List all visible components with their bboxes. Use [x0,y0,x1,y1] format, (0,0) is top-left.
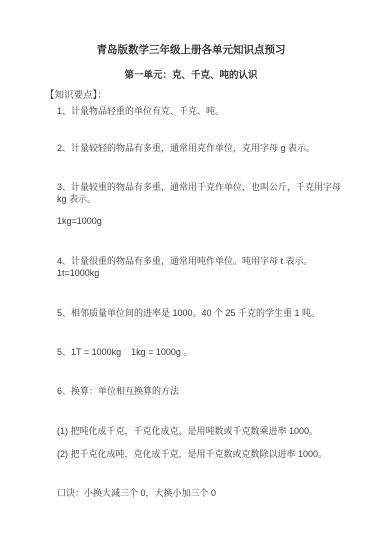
document-page: 青岛版数学三年级上册各单元知识点预习 第一单元：克、千克、吨的认识 【知识要点】… [0,0,382,540]
mnemonic-line: 口诀：小换大减三个 0，大换小加三个 0 [57,487,346,499]
formula-kg-g: 1kg=1000g [57,215,346,227]
conversion-rule-1: (1) 把吨化成千克，千克化成克，是用吨数或千克数乘进率 1000。 [57,425,346,437]
formula-ton-kg-g: 5、1T = 1000kg 1kg = 1000g 。 [57,346,346,358]
knowledge-point-4: 4、计量很重的物品有多重，通常用吨作单位。吨用字母 t 表示。1t=1000kg [57,255,346,279]
knowledge-point-3: 3、计量较重的物品有多重，通常用千克作单位，也叫公斤，千克用字母 kg 表示。 [57,181,346,205]
knowledge-point-6: 6、换算：单位相互换算的方法 [57,385,346,397]
section-heading: 【知识要点】： [45,90,352,102]
knowledge-point-5: 5、相邻质量单位间的进率是 1000。40 个 25 千克的学生重 1 吨。 [57,307,346,319]
doc-subtitle: 第一单元：克、千克、吨的认识 [20,70,362,82]
knowledge-point-1: 1、计量物品轻重的单位有克、千克、吨。 [57,105,346,117]
knowledge-point-2: 2、计量较轻的物品有多重，通常用克作单位，克用字母 g 表示。 [57,142,346,154]
doc-title: 青岛版数学三年级上册各单元知识点预习 [20,44,362,56]
conversion-rule-2: (2) 把千克化成吨，克化成千克，是用千克数或克数除以进率 1000。 [57,448,346,460]
